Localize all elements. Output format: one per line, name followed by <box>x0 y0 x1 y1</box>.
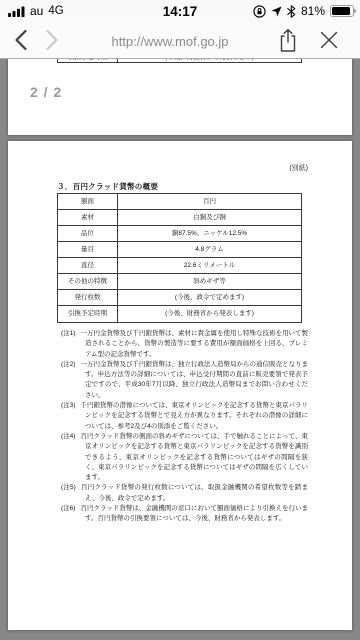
close-button[interactable] <box>312 22 346 58</box>
status-bar: au 4G 14:17 81% <box>0 0 360 22</box>
pdf-page-2: (別紙) ３．百円クラッド貨幣の概要 額面 百円 素材 白銅及び銅 品位 銅87… <box>8 141 352 630</box>
spec-label: 引換予定時期 <box>58 306 118 322</box>
note-text: 一万円金貨幣及び千円銀貨幣は、独立行政法人造幣局からの通信販売となります。申込方… <box>80 361 308 399</box>
note-item: (注5)百円クラッド貨幣の発行枚数については、取扱金融機関の希望枚数等を踏まえ、… <box>61 483 308 504</box>
spec-label: 素材 <box>58 210 118 225</box>
spec-label: その他の特徴 <box>58 274 118 289</box>
chevron-left-icon <box>14 29 28 51</box>
browser-nav-bar: http://www.mof.go.jp <box>0 22 360 59</box>
note-label: (注1) <box>61 330 75 337</box>
spec-value: 白銅及び銅 <box>118 210 301 225</box>
table-row: 引換予定時期 (今後、財務省から発表します) <box>58 306 301 322</box>
note-label: (注2) <box>61 361 75 368</box>
note-label: (注6) <box>61 505 75 512</box>
share-icon <box>278 28 298 53</box>
table-row: その他の特徴 斜めギザ等 <box>58 274 301 290</box>
share-button[interactable] <box>271 22 305 58</box>
note-label: (注5) <box>61 484 76 491</box>
bluetooth-icon <box>287 5 296 18</box>
location-arrow-icon <box>271 6 282 17</box>
note-item: (注1)一万円金貨幣及び千円銀貨幣は、素材に貴金属を使用し特殊な技術を用いて製造… <box>61 329 308 360</box>
note-text: 一万円金貨幣及び千円銀貨幣は、素材に貴金属を使用し特殊な技術を用いて製造されるこ… <box>80 330 308 358</box>
spec-value: 4.8グラム <box>118 242 301 257</box>
note-item: (注2)一万円金貨幣及び千円銀貨幣は、独立行政法人造幣局からの通信販売となります… <box>61 360 308 401</box>
battery-icon <box>330 5 354 18</box>
pdf-viewer-scroll-area[interactable]: 引換予定時期 (今後、財務省から発表します) 2 / 2 (別紙) ３．百円クラ… <box>0 58 360 640</box>
note-text: 千円銀貨幣の潜像については、東京オリンピックを記念する貨幣と東京パラリンピックを… <box>80 402 308 430</box>
note-text: 百円クラッド貨幣の発行枚数については、取扱金融機関の希望枚数等を踏まえ、今後、政… <box>81 484 308 501</box>
attachment-annotation: (別紙) <box>289 163 308 173</box>
battery-percent-label: 81% <box>301 4 325 18</box>
table-row: 発行枚数 (今後、政令で定めます) <box>58 290 301 306</box>
spec-table: 額面 百円 素材 白銅及び銅 品位 銅87.5%、ニッケル12.5% 量目 4.… <box>57 193 302 323</box>
table-row: 額面 百円 <box>58 194 301 210</box>
chevron-right-icon <box>45 29 59 51</box>
close-icon <box>320 31 338 49</box>
spec-label: 直径 <box>58 258 118 273</box>
spec-label: 品位 <box>58 226 118 241</box>
notes-section: (注1)一万円金貨幣及び千円銀貨幣は、素材に貴金属を使用し特殊な技術を用いて製造… <box>61 329 308 525</box>
spec-label: 発行枚数 <box>58 290 118 305</box>
spec-value: (今後、政令で定めます) <box>118 290 301 305</box>
pdf-page-1-partial: 引換予定時期 (今後、財務省から発表します) 2 / 2 <box>8 58 352 135</box>
spec-label: 量目 <box>58 242 118 257</box>
spec-value: 百円 <box>118 194 301 209</box>
page-indicator: 2 / 2 <box>30 84 62 100</box>
back-button[interactable] <box>4 22 38 58</box>
document-heading: ３．百円クラッド貨幣の概要 <box>57 181 158 192</box>
spec-label: 額面 <box>58 194 118 209</box>
note-label: (注4) <box>61 433 75 440</box>
spec-value: (今後、財務省から発表します) <box>118 306 301 322</box>
phone-screen: au 4G 14:17 81% <box>0 0 360 640</box>
note-text: 百円クラッド貨幣は、金融機関の窓口において額面価格により引換えを行います。百円貨… <box>80 505 308 522</box>
status-right-group: 81% <box>253 0 354 22</box>
spec-value: 22.6ミリメートル <box>118 258 301 273</box>
note-item: (注4)百円クラッド貨幣の側面の斜めギザについては、手で触れることによって、東京… <box>61 432 308 483</box>
orientation-lock-icon <box>253 5 266 18</box>
note-text: 百円クラッド貨幣の側面の斜めギザについては、手で触れることによって、東京オリンピ… <box>80 433 308 481</box>
note-item: (注3)千円銀貨幣の潜像については、東京オリンピックを記念する貨幣と東京パラリン… <box>61 401 308 432</box>
table-row: 品位 銅87.5%、ニッケル12.5% <box>58 226 301 242</box>
note-item: (注6)百円クラッド貨幣は、金融機関の窓口において額面価格により引換えを行います… <box>61 504 308 525</box>
spec-value: 銅87.5%、ニッケル12.5% <box>118 226 301 241</box>
table-row: 素材 白銅及び銅 <box>58 210 301 226</box>
url-label: http://www.mof.go.jp <box>70 22 270 58</box>
table-row: 量目 4.8グラム <box>58 242 301 258</box>
spec-value: 斜めギザ等 <box>118 274 301 289</box>
table-row: 直径 22.6ミリメートル <box>58 258 301 274</box>
note-label: (注3) <box>61 402 75 409</box>
forward-button[interactable] <box>35 22 69 58</box>
